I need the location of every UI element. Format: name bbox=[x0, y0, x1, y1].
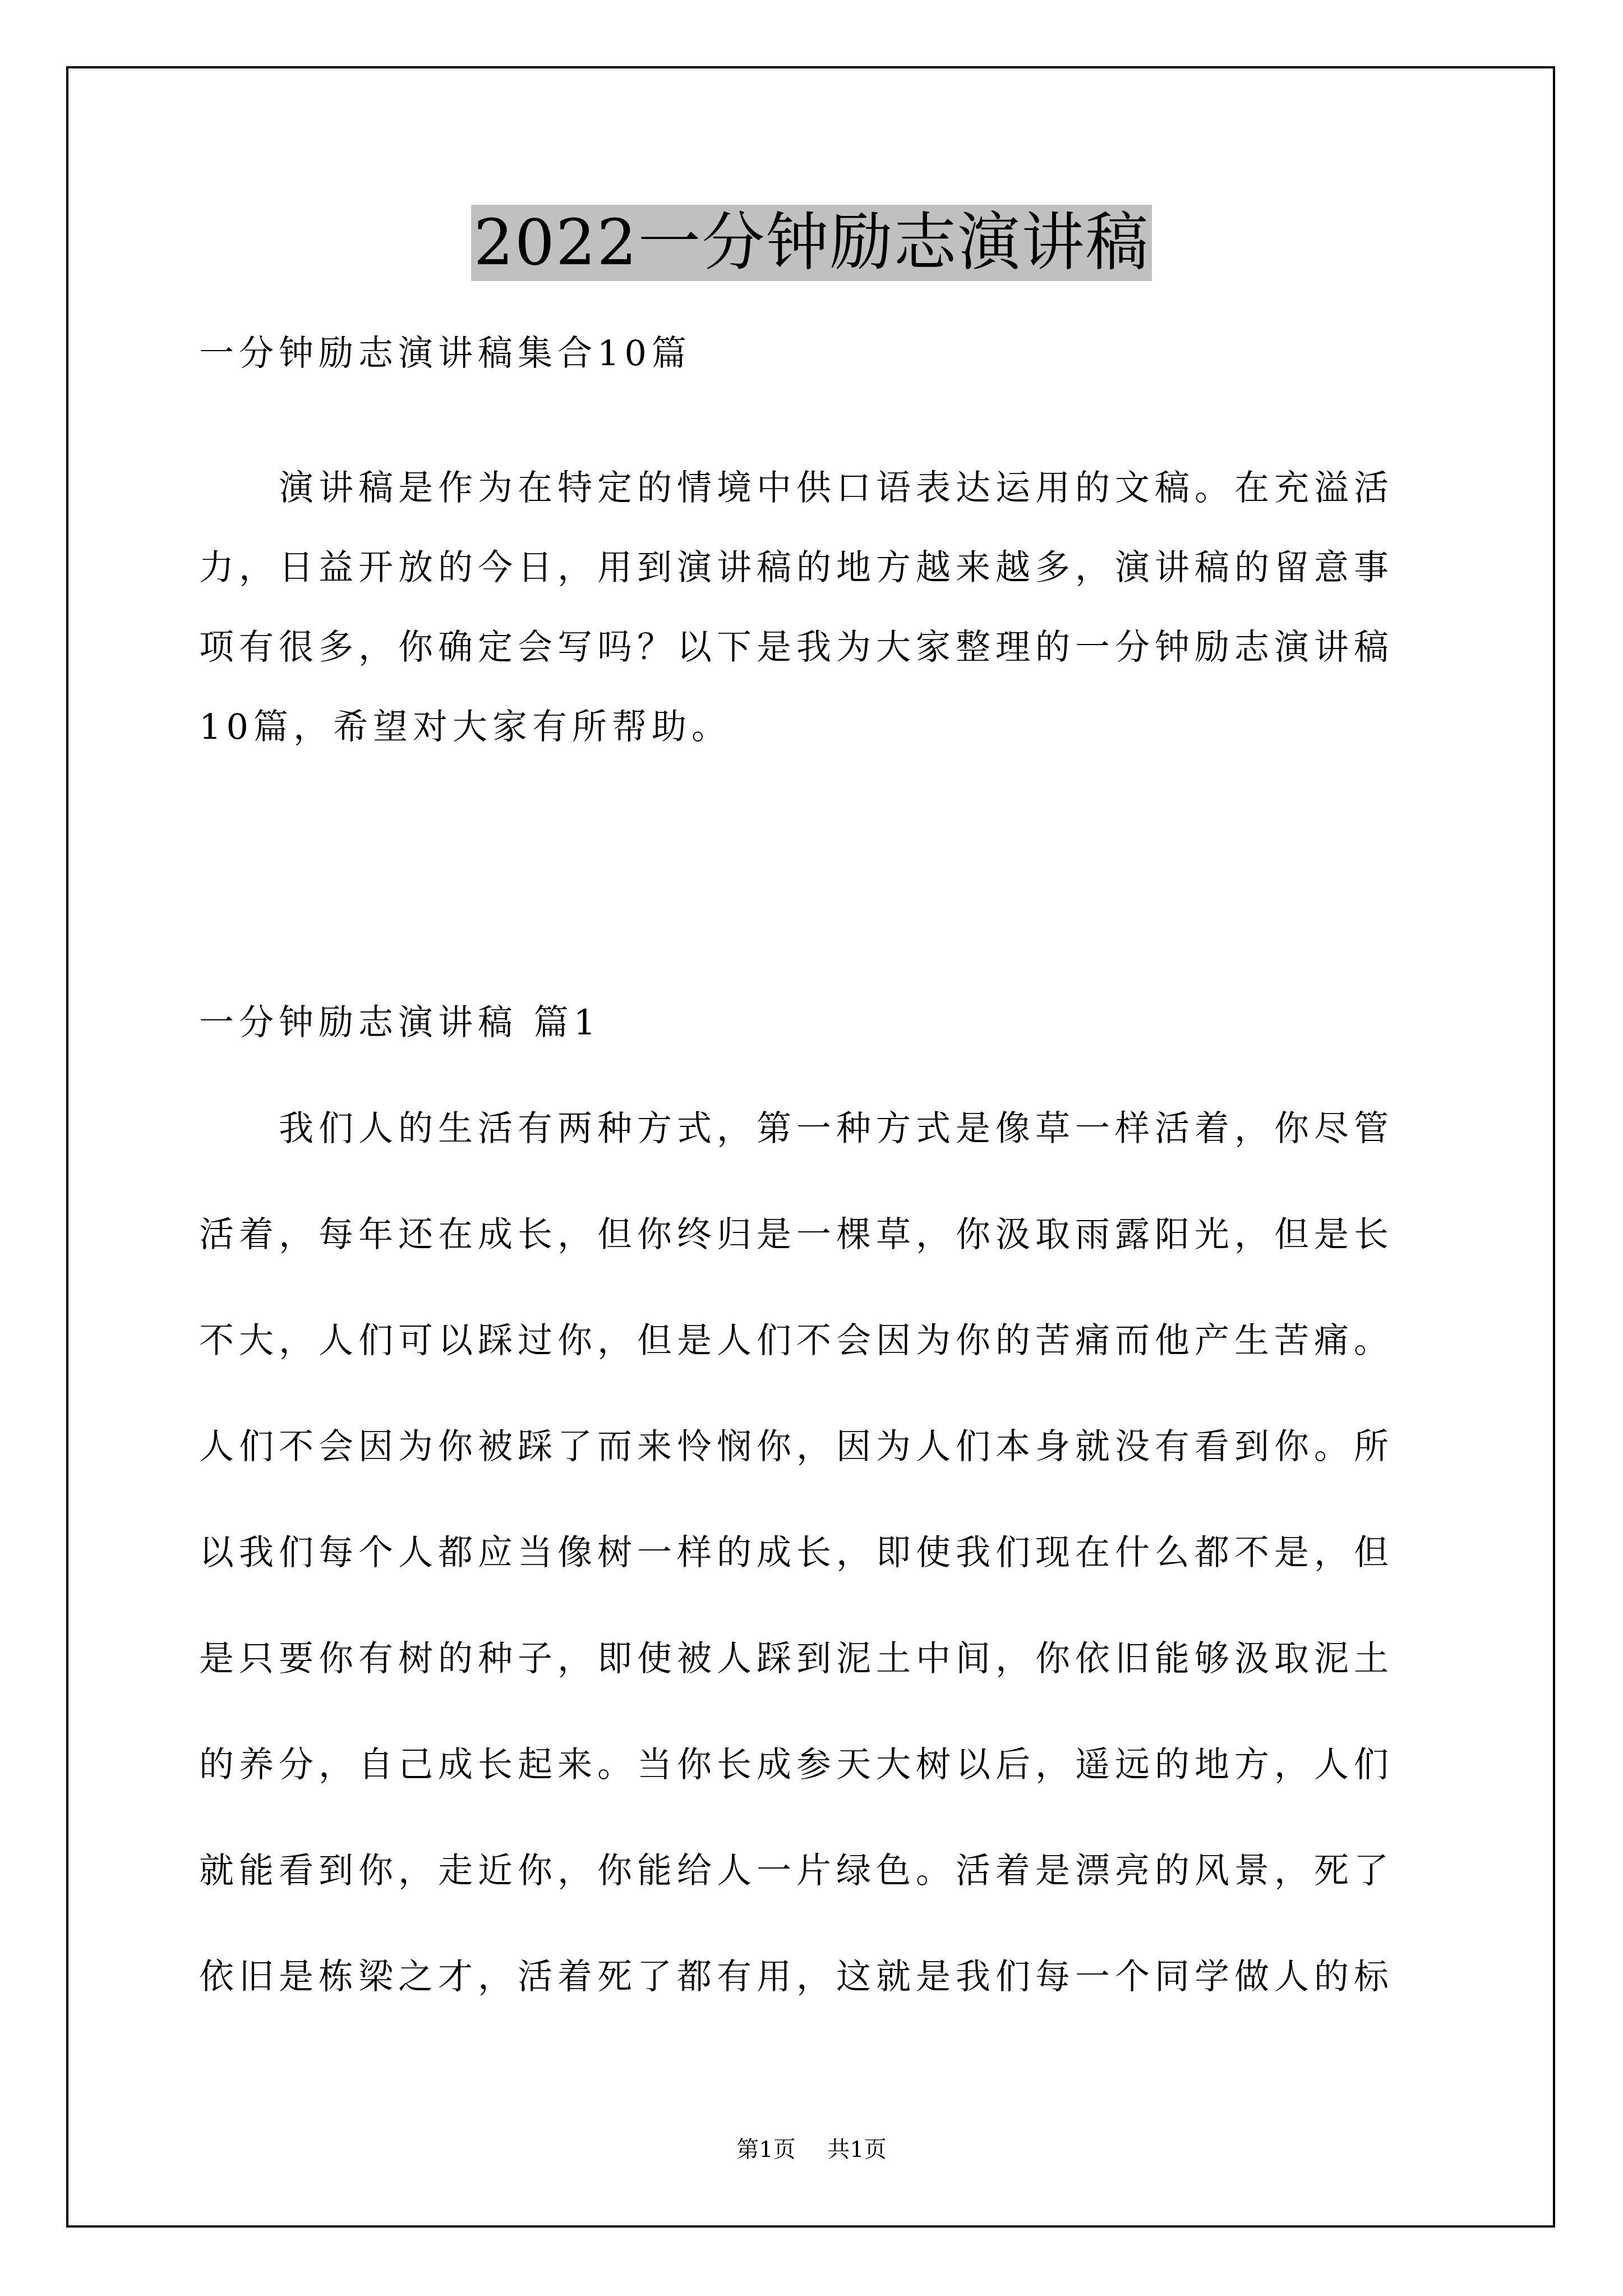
intro-line: 项有很多，你确定会写吗？以下是我为大家整理的一分钟励志演讲稿 bbox=[199, 625, 1394, 670]
section-line: 是只要你有树的种子，即使被人踩到泥土中间，你依旧能够汲取泥土 bbox=[199, 1636, 1394, 1681]
section-line: 以我们每个人都应当像树一样的成长，即使我们现在什么都不是，但 bbox=[199, 1530, 1394, 1575]
intro-line: 演讲稿是作为在特定的情境中供口语表达运用的文稿。在充溢活 bbox=[199, 466, 1394, 510]
section-line: 我们人的生活有两种方式，第一种方式是像草一样活着，你尽管 bbox=[199, 1106, 1394, 1151]
section-line: 依旧是栋梁之才，活着死了都有用，这就是我们每一个同学做人的标 bbox=[199, 1954, 1394, 1999]
section-line: 不大，人们可以踩过你，但是人们不会因为你的苦痛而他产生苦痛。 bbox=[199, 1318, 1394, 1363]
section-line: 就能看到你，走近你，你能给人一片绿色。活着是漂亮的风景，死了 bbox=[199, 1848, 1394, 1893]
section-line: 活着，每年还在成长，但你终归是一棵草，你汲取雨露阳光，但是长 bbox=[199, 1212, 1394, 1257]
page-footer: 第1页 共1页 bbox=[0, 2136, 1623, 2163]
intro-line: 力，日益开放的今日，用到演讲稿的地方越来越多，演讲稿的留意事 bbox=[199, 545, 1394, 590]
intro-line: 10篇，希望对大家有所帮助。 bbox=[199, 705, 731, 749]
section-heading: 一分钟励志演讲稿 篇1 bbox=[199, 1000, 601, 1045]
title-container: 2022一分钟励志演讲稿 bbox=[0, 205, 1623, 281]
page-total: 共1页 bbox=[827, 2137, 886, 2162]
page-number: 第1页 bbox=[736, 2137, 795, 2162]
section-line: 人们不会因为你被踩了而来怜悯你，因为人们本身就没有看到你。所 bbox=[199, 1424, 1394, 1469]
subtitle: 一分钟励志演讲稿集合10篇 bbox=[199, 331, 691, 376]
section-line: 的养分，自己成长起来。当你长成参天大树以后，遥远的地方，人们 bbox=[199, 1742, 1394, 1787]
document-title: 2022一分钟励志演讲稿 bbox=[471, 205, 1151, 281]
